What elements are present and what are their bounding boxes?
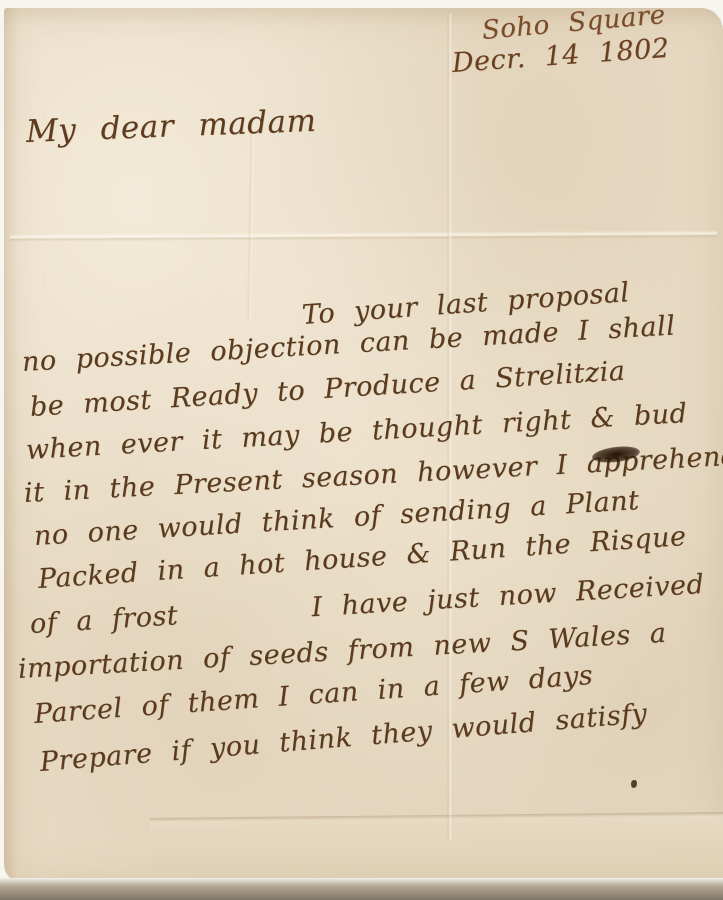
- letter-scan: Soho Square Decr. 14 1802 My dear madam …: [0, 0, 723, 900]
- scan-edge-shadow: [0, 878, 723, 900]
